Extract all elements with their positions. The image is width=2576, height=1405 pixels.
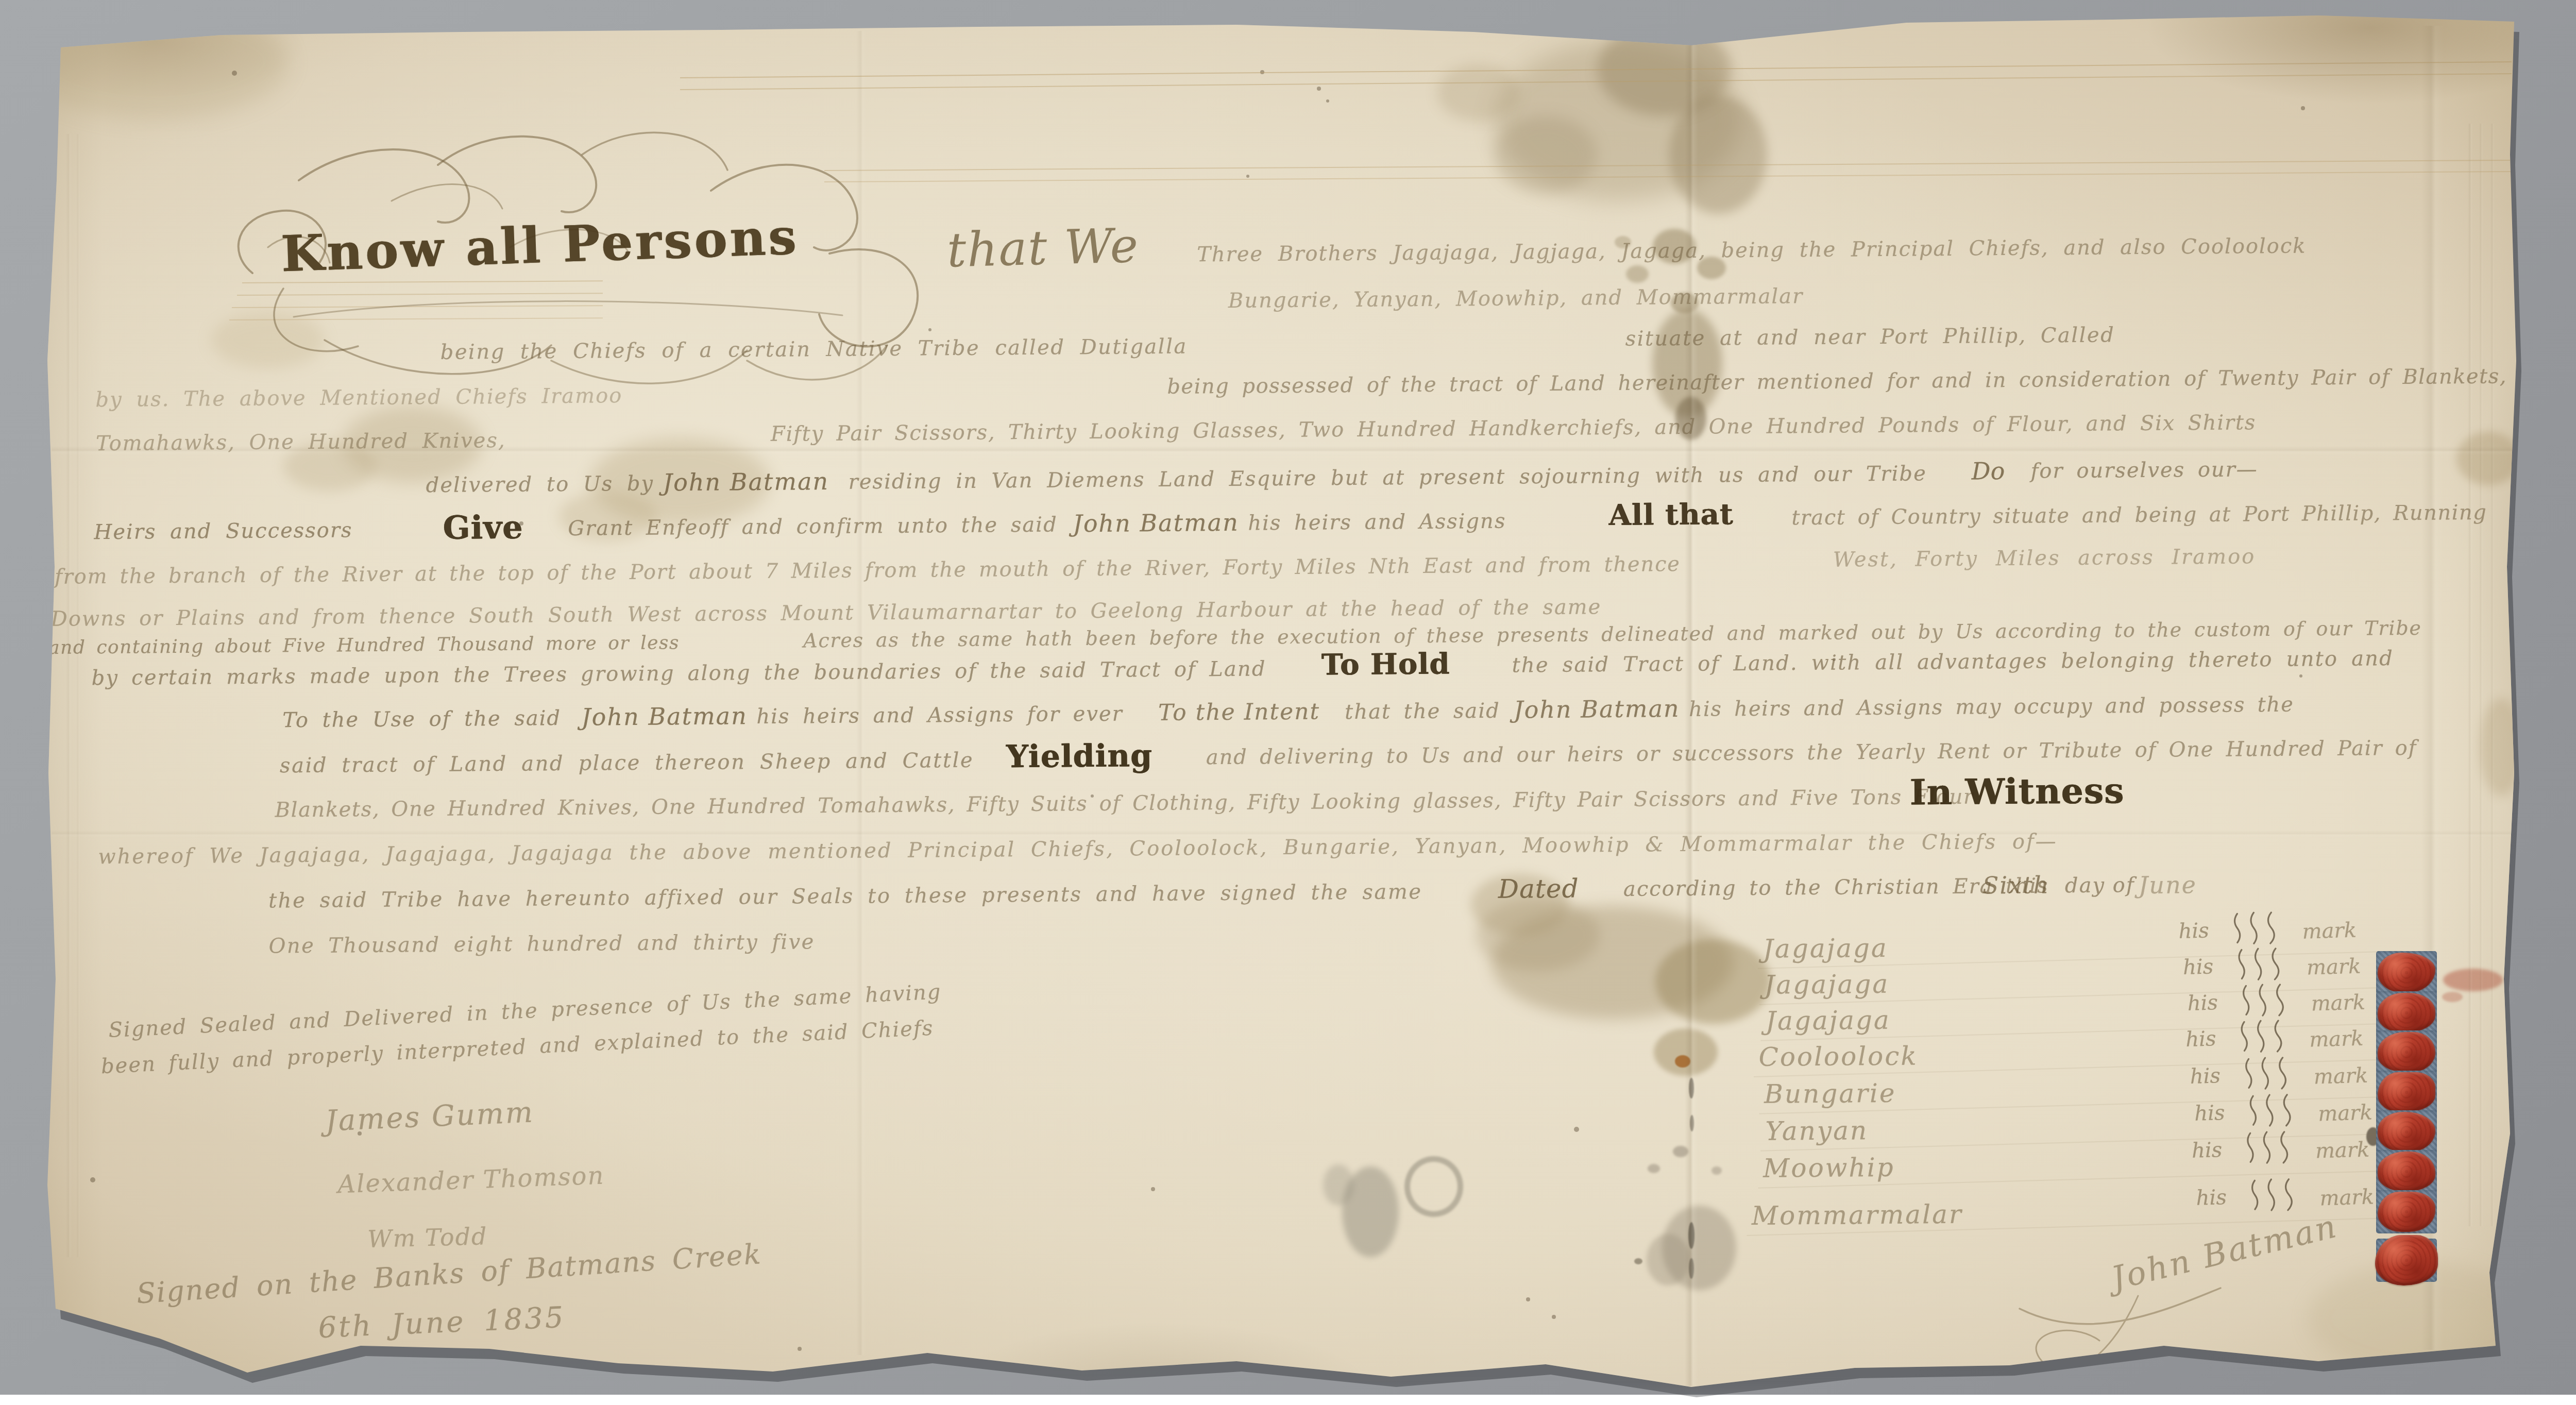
photo-backdrop: Know all Persons that We Three Brothers …: [0, 0, 2576, 1395]
wax-seal: [2378, 1192, 2435, 1232]
wax-seal: [2378, 993, 2435, 1033]
wax-seal: [2378, 1032, 2435, 1072]
wax-seal: [2378, 1112, 2435, 1152]
wax-seal: [2378, 1072, 2435, 1112]
wax-seal: [2378, 1152, 2435, 1192]
fox-speck: [47, 519, 52, 524]
parchment-deed: Know all Persons that We Three Brothers …: [0, 0, 2576, 1395]
seal-column: [0, 0, 2576, 1395]
wax-seal: [2375, 1235, 2438, 1285]
